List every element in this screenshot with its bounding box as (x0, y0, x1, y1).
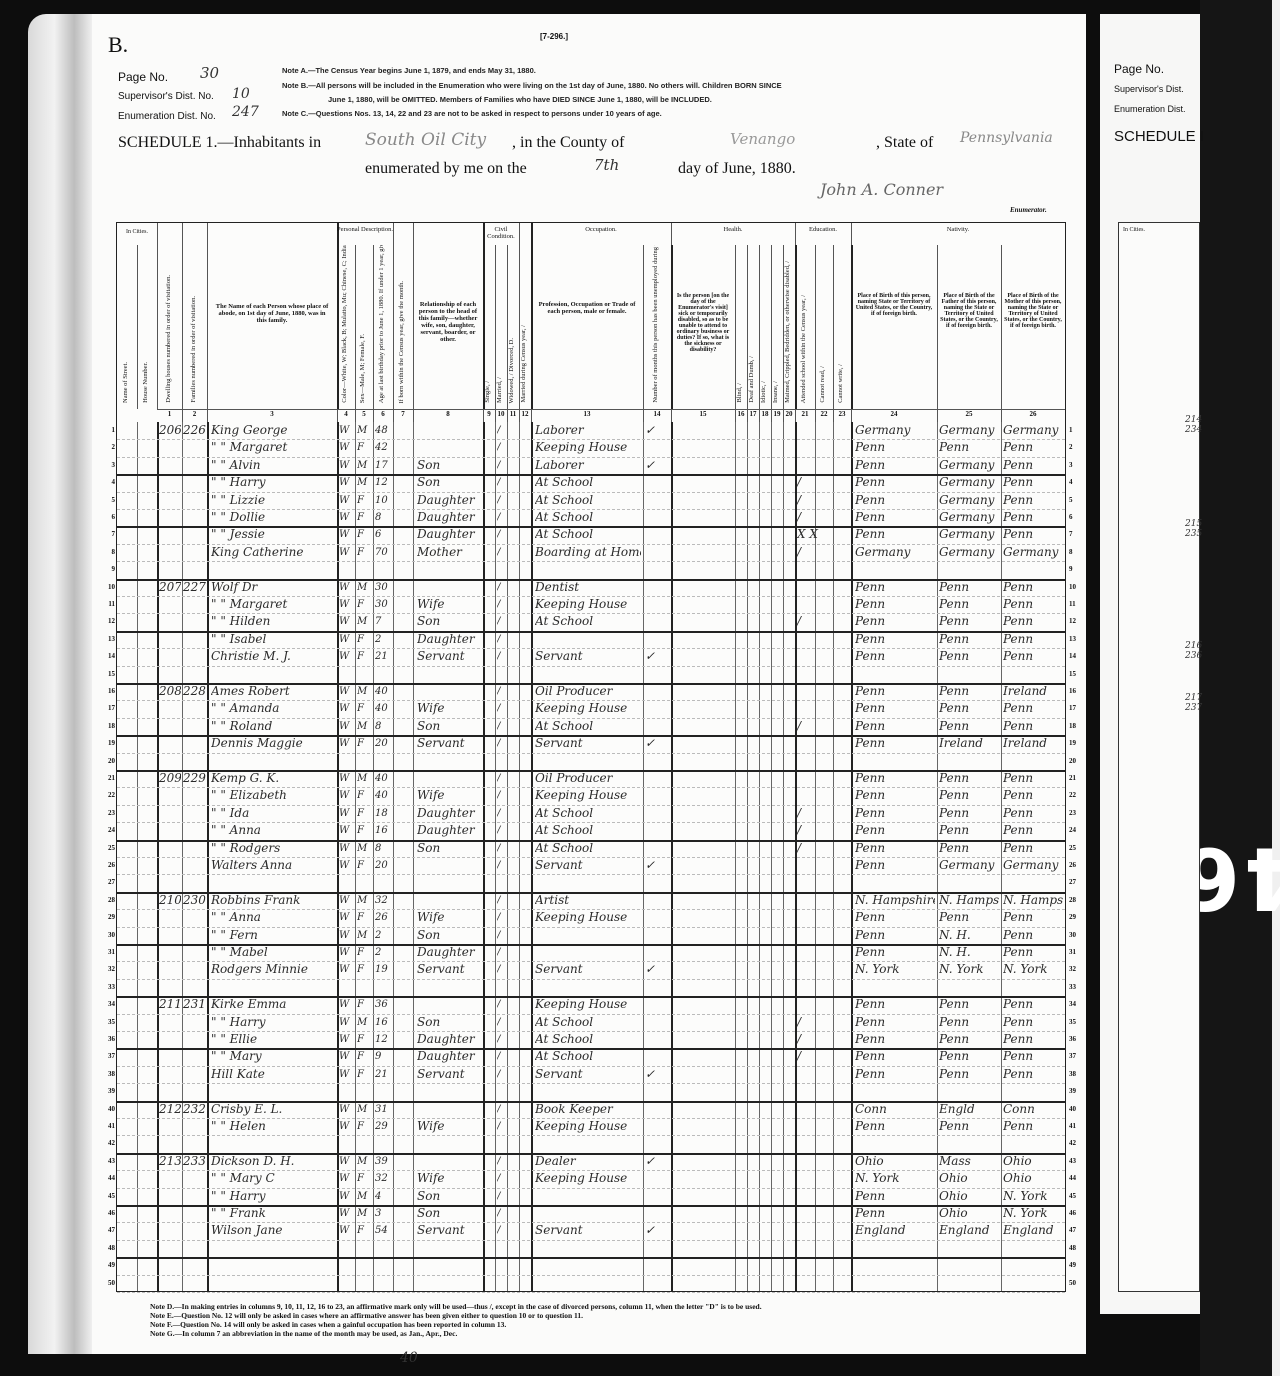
cell-name: " " Mary C (211, 1170, 335, 1187)
cell-rel: Daughter (417, 509, 481, 526)
cell-occ: At School (535, 718, 641, 735)
row-number-right: 13 (1069, 635, 1081, 643)
cell-mother: Penn (1003, 822, 1063, 839)
cell-civil: / (497, 648, 507, 665)
cell-occ: At School (535, 805, 641, 822)
cell-name: " " Roland (211, 718, 335, 735)
cell-occ: At School (535, 1014, 641, 1031)
cell-age: 18 (375, 805, 393, 822)
cell-civil: / (497, 613, 507, 630)
cell-family (183, 561, 207, 578)
cell-father (939, 666, 999, 683)
cell-mother: Penn (1003, 439, 1063, 456)
cell-family (183, 1048, 207, 1065)
cell-dwelling (159, 492, 181, 509)
cell-civil: / (497, 1031, 507, 1048)
row-number: 40 (103, 1105, 115, 1113)
cell-father: Penn (939, 648, 999, 665)
row-number-right: 46 (1069, 1209, 1081, 1217)
cell-color (339, 1275, 355, 1292)
row-number: 1 (103, 426, 115, 434)
cell-mother: England (1003, 1222, 1063, 1239)
cell-sex: F (357, 509, 373, 526)
cell-school (797, 770, 833, 787)
cell-civil: / (497, 822, 507, 839)
row-number: 32 (103, 965, 115, 973)
cell-rel: Son (417, 1205, 481, 1222)
cell-school: X X (797, 526, 833, 543)
cell-birth: Penn (855, 509, 935, 526)
row-number: 11 (103, 600, 115, 608)
table-row: 1414Christie M. J.WF21Servant/Servant✓Pe… (117, 648, 1065, 666)
cell-age: 16 (375, 822, 393, 839)
cell-school (797, 1222, 833, 1239)
row-number-right: 44 (1069, 1174, 1081, 1182)
table-row: 2121209229Kemp G. K.WM40/Oil ProducerPen… (117, 770, 1065, 788)
cell-color: W (339, 422, 355, 439)
cell-school (797, 909, 833, 926)
row-number-right: 11 (1069, 600, 1081, 608)
cell-color (339, 561, 355, 578)
cell-sex: F (357, 961, 373, 978)
cell-school (797, 874, 833, 891)
cell-color (339, 1135, 355, 1152)
cell-birth: N. Hampshire (855, 892, 935, 909)
c11-label: Widowed, / Divorced, D. (508, 338, 515, 403)
table-row: 2626Walters AnnaWF20/Servant✓PennGermany… (117, 857, 1065, 875)
cell-dwelling: 210 (159, 892, 181, 909)
cell-school: / (797, 544, 833, 561)
cell-sex: F (357, 631, 373, 648)
cell-school (797, 1257, 833, 1274)
cell-color: W (339, 648, 355, 665)
cell-unemp (645, 544, 669, 561)
cell-father: N. H. (939, 944, 999, 961)
cell-family (183, 1118, 207, 1135)
cell-mother (1003, 1083, 1063, 1100)
cell-dwelling (159, 927, 181, 944)
cell-birth (855, 979, 935, 996)
cell-dwelling (159, 822, 181, 839)
cell-name: " " Lizzie (211, 492, 335, 509)
cell-school (797, 1240, 833, 1257)
cell-family (183, 631, 207, 648)
cell-birth: Germany (855, 544, 935, 561)
cell-dwelling (159, 561, 181, 578)
date-suffix: day of June, 1880. (678, 160, 796, 178)
cell-mother: Penn (1003, 631, 1063, 648)
cell-occ: At School (535, 492, 641, 509)
cell-dwelling: 207 (159, 579, 181, 596)
colnum: 2 (182, 409, 208, 422)
cell-birth: Penn (855, 909, 935, 926)
cell-birth: Penn (855, 492, 935, 509)
table-row: 4444" " Mary CWF32Wife/Keeping HouseN. Y… (117, 1170, 1065, 1188)
cell-rel (417, 1101, 481, 1118)
cell-mother: Germany (1003, 857, 1063, 874)
cell-school (797, 979, 833, 996)
cell-birth: Penn (855, 526, 935, 543)
cell-family (183, 979, 207, 996)
cell-age (375, 979, 393, 996)
cell-sex: M (357, 770, 373, 787)
c21-label: Attended school within the Census year, … (800, 295, 807, 403)
row-number: 42 (103, 1139, 115, 1147)
cell-age: 20 (375, 857, 393, 874)
cell-color: W (339, 805, 355, 822)
cell-sex (357, 1257, 373, 1274)
cell-occ: Keeping House (535, 996, 641, 1013)
cell-unemp (645, 526, 669, 543)
cell-age (375, 1257, 393, 1274)
cell-rel (417, 666, 481, 683)
cell-unemp (645, 944, 669, 961)
cell-occ: Keeping House (535, 1170, 641, 1187)
cell-school (797, 753, 833, 770)
table-row: 88King CatherineWF70Mother/Boarding at H… (117, 544, 1065, 562)
cell-father: Penn (939, 805, 999, 822)
cell-rel (417, 561, 481, 578)
cell-rel: Servant (417, 1222, 481, 1239)
col-health: Health. (671, 223, 796, 245)
cell-civil: / (497, 631, 507, 648)
cell-dwelling (159, 1031, 181, 1048)
colnum: 4 (337, 409, 356, 422)
cell-mother: N. York (1003, 1205, 1063, 1222)
state-name: Pennsylvania (960, 130, 1053, 146)
cell-school (797, 439, 833, 456)
cell-school (797, 787, 833, 804)
cell-dwelling (159, 544, 181, 561)
cell-sex: F (357, 544, 373, 561)
row-number: 18 (103, 722, 115, 730)
cell-color (339, 874, 355, 891)
cell-civil: / (497, 1118, 507, 1135)
cell-civil (497, 1257, 507, 1274)
cell-rel: Daughter (417, 526, 481, 543)
cell-father (939, 1257, 999, 1274)
cell-name: Ames Robert (211, 683, 335, 700)
cell-name: Dickson D. H. (211, 1153, 335, 1170)
cell-name: " " Isabel (211, 631, 335, 648)
cell-father: Penn (939, 787, 999, 804)
cell-unemp (645, 979, 669, 996)
row-number: 50 (103, 1279, 115, 1287)
cell-birth: Penn (855, 1014, 935, 1031)
cell-dwelling (159, 596, 181, 613)
cell-sex (357, 874, 373, 891)
row-number-right: 15 (1069, 670, 1081, 678)
cell-name: Dennis Maggie (211, 735, 335, 752)
cell-civil: / (497, 544, 507, 561)
cell-name: Hill Kate (211, 1066, 335, 1083)
row-number: 24 (103, 826, 115, 834)
adj-schedule-label: SCHEDULE I (1114, 128, 1204, 145)
cell-occ (535, 1188, 641, 1205)
cell-occ: Keeping House (535, 787, 641, 804)
cell-father: Penn (939, 683, 999, 700)
table-row: 1010207227Wolf DrWM30/DentistPennPennPen… (117, 579, 1065, 597)
cell-color: W (339, 683, 355, 700)
cell-unemp (645, 1118, 669, 1135)
cell-color: W (339, 1222, 355, 1239)
cell-birth: Penn (855, 439, 935, 456)
cell-father: Ohio (939, 1170, 999, 1187)
cell-age: 32 (375, 892, 393, 909)
cell-civil: / (497, 927, 507, 944)
cell-school (797, 1066, 833, 1083)
cell-dwelling (159, 857, 181, 874)
cell-name (211, 1257, 335, 1274)
row-number-right: 42 (1069, 1139, 1081, 1147)
cell-color: W (339, 718, 355, 735)
table-row: 55" " LizzieWF10Daughter/At School/PennG… (117, 492, 1065, 510)
cell-sex: F (357, 1048, 373, 1065)
cell-mother: Penn (1003, 1066, 1063, 1083)
cell-color: W (339, 1170, 355, 1187)
cell-occ (535, 979, 641, 996)
row-number: 38 (103, 1070, 115, 1078)
cell-family (183, 944, 207, 961)
personal-label: Personal Description. (337, 223, 393, 233)
cell-rel (417, 753, 481, 770)
cell-civil (497, 874, 507, 891)
c6-label: Age at last birthday prior to June 1, 18… (378, 245, 385, 403)
cell-family: 226 (183, 422, 207, 439)
cell-rel: Daughter (417, 631, 481, 648)
adj-entry: 217 237 (1185, 693, 1202, 713)
cell-age: 30 (375, 596, 393, 613)
cell-birth: Penn (855, 613, 935, 630)
cell-family (183, 1205, 207, 1222)
cell-unemp (645, 909, 669, 926)
row-number: 41 (103, 1122, 115, 1130)
cell-sex: F (357, 596, 373, 613)
cell-age: 39 (375, 1153, 393, 1170)
cell-birth: Penn (855, 996, 935, 1013)
cell-father (939, 874, 999, 891)
cell-family (183, 509, 207, 526)
row-number-right: 7 (1069, 530, 1081, 538)
cell-unemp (645, 683, 669, 700)
education-label: Education. (795, 223, 851, 233)
cell-name (211, 753, 335, 770)
enumeration-no: 247 (232, 104, 259, 120)
cell-birth: Penn (855, 596, 935, 613)
cell-occ: Boarding at Home (535, 544, 641, 561)
row-number: 17 (103, 704, 115, 712)
row-number-right: 5 (1069, 496, 1081, 504)
cell-birth: Penn (855, 1066, 935, 1083)
c16-label: Blind, / (736, 383, 743, 403)
cell-color: W (339, 509, 355, 526)
cell-school (797, 579, 833, 596)
cell-civil (497, 753, 507, 770)
cell-age: 26 (375, 909, 393, 926)
row-number-right: 22 (1069, 791, 1081, 799)
cell-school (797, 561, 833, 578)
cell-name: " " Jessie (211, 526, 335, 543)
cell-name: " " Harry (211, 474, 335, 491)
cell-unemp (645, 1257, 669, 1274)
cell-civil: / (497, 1048, 507, 1065)
col-3: The Name of each Person whose place of a… (207, 223, 339, 409)
cell-age: 7 (375, 613, 393, 630)
table-row: 2323" " IdaWF18Daughter/At School/PennPe… (117, 805, 1065, 823)
cell-family: 232 (183, 1101, 207, 1118)
cell-age: 29 (375, 1118, 393, 1135)
cell-dwelling (159, 874, 181, 891)
row-number-right: 27 (1069, 878, 1081, 886)
form-code: [7-296.] (540, 32, 568, 41)
note-c: Note C.—Questions Nos. 13, 14, 22 and 23… (282, 109, 662, 118)
cell-birth (855, 1275, 935, 1292)
row-number-right: 33 (1069, 983, 1081, 991)
row-number: 26 (103, 861, 115, 869)
row-number: 35 (103, 1018, 115, 1026)
cell-civil: / (497, 892, 507, 909)
cell-civil (497, 1275, 507, 1292)
row-number-right: 32 (1069, 965, 1081, 973)
cell-birth: Penn (855, 787, 935, 804)
cell-age (375, 1240, 393, 1257)
cell-birth (855, 1240, 935, 1257)
cell-father (939, 753, 999, 770)
cell-family (183, 1222, 207, 1239)
cell-dwelling: 212 (159, 1101, 181, 1118)
cell-occ: Oil Producer (535, 770, 641, 787)
cell-rel (417, 874, 481, 891)
cell-age: 21 (375, 1066, 393, 1083)
col-13: Profession, Occupation or Trade of each … (531, 245, 644, 409)
cell-dwelling (159, 805, 181, 822)
table-row: 3838Hill KateWF21Servant/Servant✓PennPen… (117, 1066, 1065, 1084)
row-number-right: 45 (1069, 1192, 1081, 1200)
cell-color: W (339, 944, 355, 961)
cell-rel: Son (417, 474, 481, 491)
cell-birth: Penn (855, 718, 935, 735)
cell-color: W (339, 770, 355, 787)
cell-father: Penn (939, 718, 999, 735)
row-number: 9 (103, 565, 115, 573)
cell-color: W (339, 996, 355, 1013)
cell-mother: Penn (1003, 474, 1063, 491)
cell-unemp: ✓ (645, 1066, 669, 1083)
colnum: 1 (157, 409, 183, 422)
cell-family (183, 1257, 207, 1274)
cell-school (797, 1118, 833, 1135)
cell-civil: / (497, 996, 507, 1013)
cell-dwelling (159, 1048, 181, 1065)
cell-name: " " Elizabeth (211, 787, 335, 804)
cell-father: Penn (939, 596, 999, 613)
cell-age: 12 (375, 1031, 393, 1048)
row-number: 34 (103, 1000, 115, 1008)
col-occupation: Occupation. (531, 223, 672, 245)
cell-father (939, 1240, 999, 1257)
cell-father: N. Hampshire (939, 892, 999, 909)
col-1: Dwelling houses numbered in order of vis… (157, 223, 183, 409)
cell-father: Penn (939, 1031, 999, 1048)
cell-father: England (939, 1222, 999, 1239)
cell-color: W (339, 1066, 355, 1083)
cell-sex: F (357, 909, 373, 926)
row-number: 47 (103, 1226, 115, 1234)
cell-birth: Penn (855, 700, 935, 717)
cell-rel: Daughter (417, 1048, 481, 1065)
cell-sex: M (357, 474, 373, 491)
c3-label: The Name of each Person whose place of a… (207, 283, 337, 324)
cell-rel (417, 1275, 481, 1292)
cell-sex: F (357, 648, 373, 665)
table-row: 2222" " ElizabethWF40Wife/Keeping HouseP… (117, 787, 1065, 805)
cell-birth: Penn (855, 474, 935, 491)
cell-color: W (339, 439, 355, 456)
cell-occ: Artist (535, 892, 641, 909)
cell-color: W (339, 1118, 355, 1135)
cell-sex: M (357, 892, 373, 909)
cell-school (797, 1275, 833, 1292)
cell-birth: Ohio (855, 1153, 935, 1170)
cell-age: 21 (375, 648, 393, 665)
cell-rel: Daughter (417, 822, 481, 839)
cell-rel (417, 996, 481, 1013)
row-number-right: 12 (1069, 617, 1081, 625)
cell-dwelling (159, 1222, 181, 1239)
table-row: 44" " HarryWM12Son/At School/PennGermany… (117, 474, 1065, 492)
row-number: 10 (103, 583, 115, 591)
col-house: House Number. (137, 245, 158, 409)
colnum: 26 (1001, 409, 1065, 422)
cell-name: Robbins Frank (211, 892, 335, 909)
row-number-right: 24 (1069, 826, 1081, 834)
cell-unemp (645, 700, 669, 717)
adj-entry: 216 236 (1185, 641, 1202, 661)
cell-father: N. H. (939, 927, 999, 944)
cell-unemp (645, 561, 669, 578)
cell-dwelling: 208 (159, 683, 181, 700)
c15-label: Is the person [on the day of the Enumera… (671, 293, 735, 353)
cell-family (183, 961, 207, 978)
cell-school: / (797, 840, 833, 857)
cell-color: W (339, 735, 355, 752)
cell-sex: F (357, 944, 373, 961)
cell-occ (535, 927, 641, 944)
cell-color: W (339, 787, 355, 804)
cell-mother: N. York (1003, 961, 1063, 978)
cell-sex: F (357, 996, 373, 1013)
cell-occ: Servant (535, 961, 641, 978)
col-25: Place of Birth of the Father of this per… (937, 245, 1002, 409)
cell-color (339, 1083, 355, 1100)
cell-school (797, 596, 833, 613)
enumeration-label: Enumeration Dist. No. (118, 111, 216, 122)
cell-unemp: ✓ (645, 457, 669, 474)
row-number-right: 20 (1069, 757, 1081, 765)
cell-dwelling (159, 631, 181, 648)
cell-sex: F (357, 492, 373, 509)
cell-name (211, 1275, 335, 1292)
row-number-right: 6 (1069, 513, 1081, 521)
table-row: 4343213233Dickson D. H.WM39/Dealer✓OhioM… (117, 1153, 1065, 1171)
note-b2: June 1, 1880, will be OMITTED. Members o… (328, 95, 712, 104)
cell-dwelling (159, 1240, 181, 1257)
cell-father: Germany (939, 509, 999, 526)
cell-unemp (645, 787, 669, 804)
row-number: 43 (103, 1157, 115, 1165)
colnum: 14 (643, 409, 672, 422)
cell-sex (357, 666, 373, 683)
